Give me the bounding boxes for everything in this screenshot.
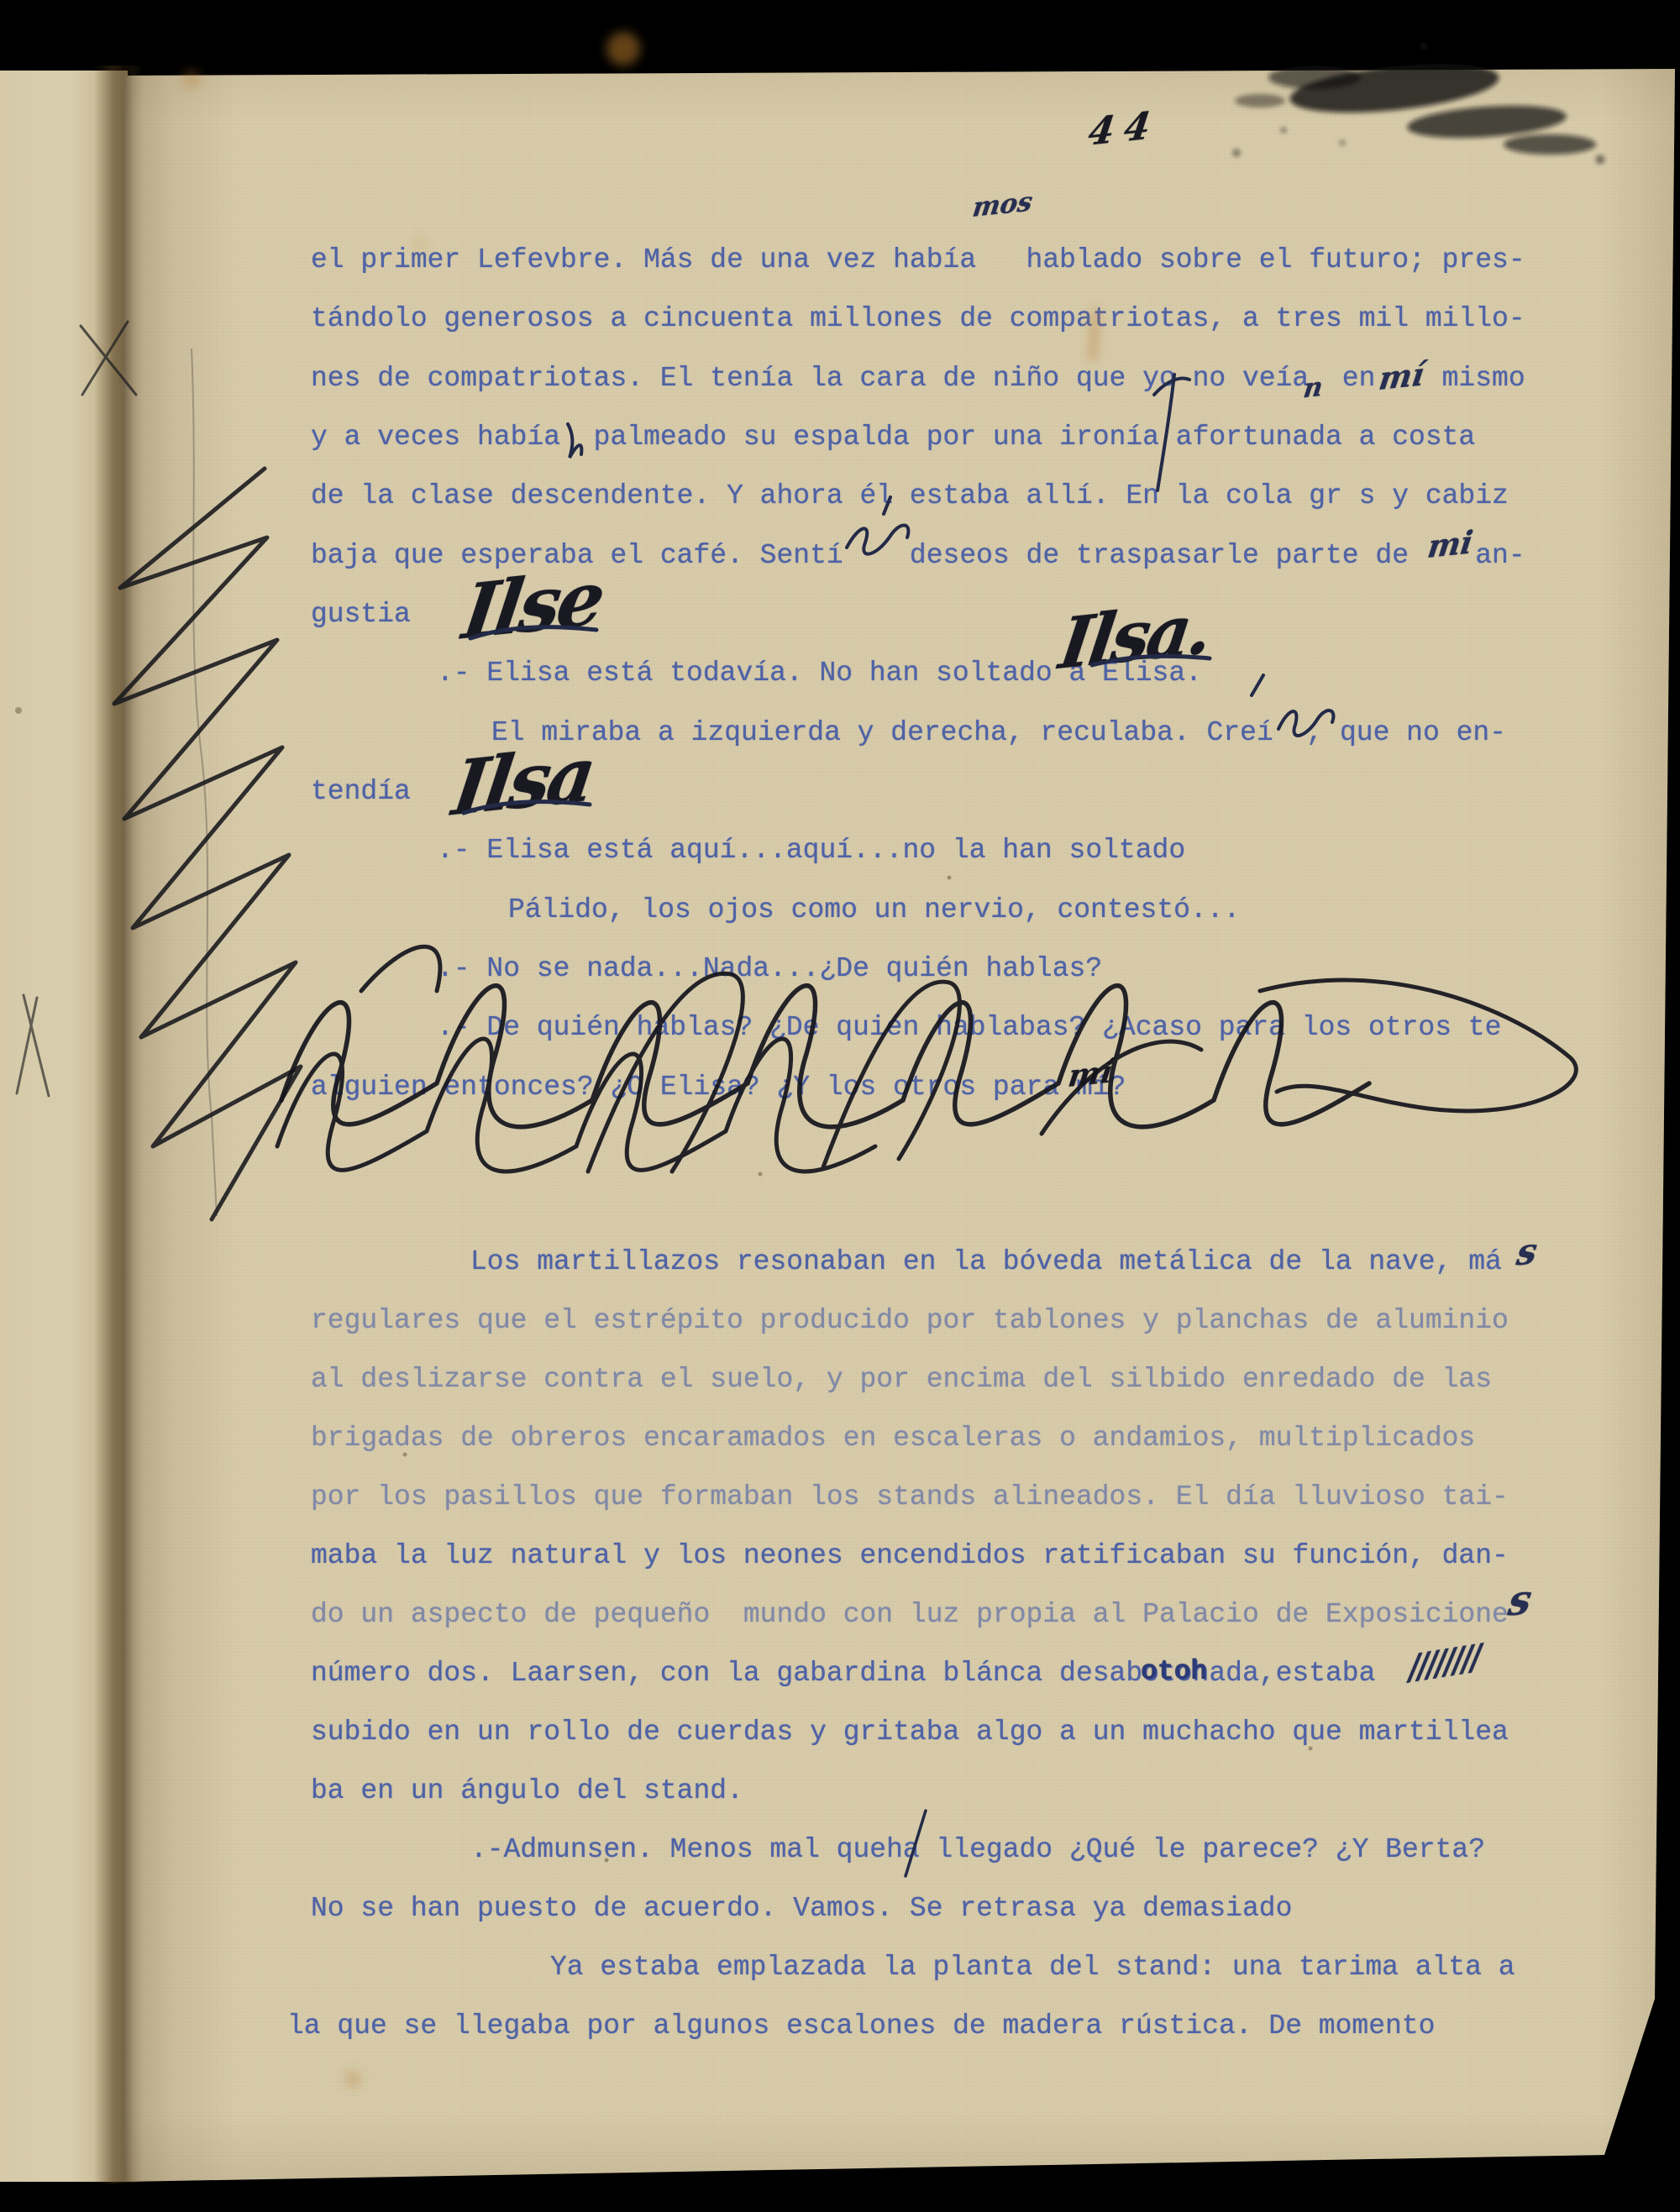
handwritten-name-ilse: Ilse bbox=[458, 553, 607, 656]
typed-line: .- De quién hablas? ¿De quién hablabas? … bbox=[437, 1011, 1501, 1045]
typed-line: subido en un rollo de cuerdas y gritaba … bbox=[311, 1716, 1509, 1749]
typed-line: al deslizarse contra el suelo, y por enc… bbox=[311, 1363, 1492, 1397]
typed-line: alguien entonces? ¿O Elisa? ¿Y los otros… bbox=[311, 1071, 1126, 1104]
typed-line: el primer Lefevbre. Más de una vez había… bbox=[311, 244, 1525, 277]
typed-line: brigadas de obreros encaramados en escal… bbox=[311, 1422, 1475, 1455]
typed-line: No se han puesto de acuerdo. Vamos. Se r… bbox=[311, 1892, 1292, 1926]
typed-line: .- No se nada...Nada...¿De quién hablas? bbox=[437, 952, 1102, 986]
typed-line: ba en un ángulo del stand. bbox=[311, 1774, 743, 1808]
handwritten-correction-mi: mi bbox=[1425, 523, 1475, 565]
typed-line: la que se llegaba por algunos escalones … bbox=[287, 2010, 1435, 2043]
typed-line: gustia bbox=[311, 598, 411, 632]
typed-line: do un aspecto de pequeño mundo con luz p… bbox=[311, 1598, 1509, 1632]
typed-line: .- Elisa está aquí...aquí...no la han so… bbox=[437, 834, 1185, 868]
typed-line: nes de compatriotas. El tenía la cara de… bbox=[311, 362, 1525, 396]
typed-line: tendía bbox=[311, 775, 411, 809]
handwritten-page-number: 44 bbox=[1086, 103, 1163, 155]
typed-line: tándolo generosos a cincuenta millones d… bbox=[311, 302, 1525, 336]
typed-line: número dos. Laarsen, con la gabardina bl… bbox=[311, 1657, 1375, 1690]
overtyped-letters: otoh bbox=[1141, 1656, 1207, 1687]
typed-line: .-Admunsen. Menos mal queha llegado ¿Qué… bbox=[470, 1833, 1485, 1867]
handwritten-mi-over-line15: mí bbox=[1066, 1054, 1115, 1094]
typed-line: por los pasillos que formaban los stands… bbox=[311, 1481, 1509, 1514]
handwritten-correction-mi-accent: mí bbox=[1377, 355, 1426, 397]
handwritten-name-ilsa: Ilsa bbox=[448, 729, 598, 832]
typed-line: El miraba a izquierda y derecha, reculab… bbox=[491, 716, 1506, 750]
typed-line: maba la luz natural y los neones encendi… bbox=[311, 1539, 1509, 1573]
handwritten-name-ilsa-period: Ilsa. bbox=[1055, 588, 1215, 686]
typed-line: Pálido, los ojos como un nervio, contest… bbox=[508, 894, 1240, 927]
typed-line: y a veces había palmeado su espalda por … bbox=[311, 421, 1475, 454]
typed-text-layer: el primer Lefevbre. Más de una vez había… bbox=[0, 0, 1680, 2212]
typed-line: regulares que el estrépito producido por… bbox=[311, 1304, 1509, 1338]
typed-line: Ya estaba emplazada la planta del stand:… bbox=[550, 1951, 1515, 1984]
typed-line: Los martillazos resonaban en la bóveda m… bbox=[470, 1245, 1502, 1279]
photo-backdrop: { "document": { "type_label": "typewritt… bbox=[0, 0, 1680, 2212]
typed-line: de la clase descendente. Y ahora él esta… bbox=[311, 480, 1509, 513]
